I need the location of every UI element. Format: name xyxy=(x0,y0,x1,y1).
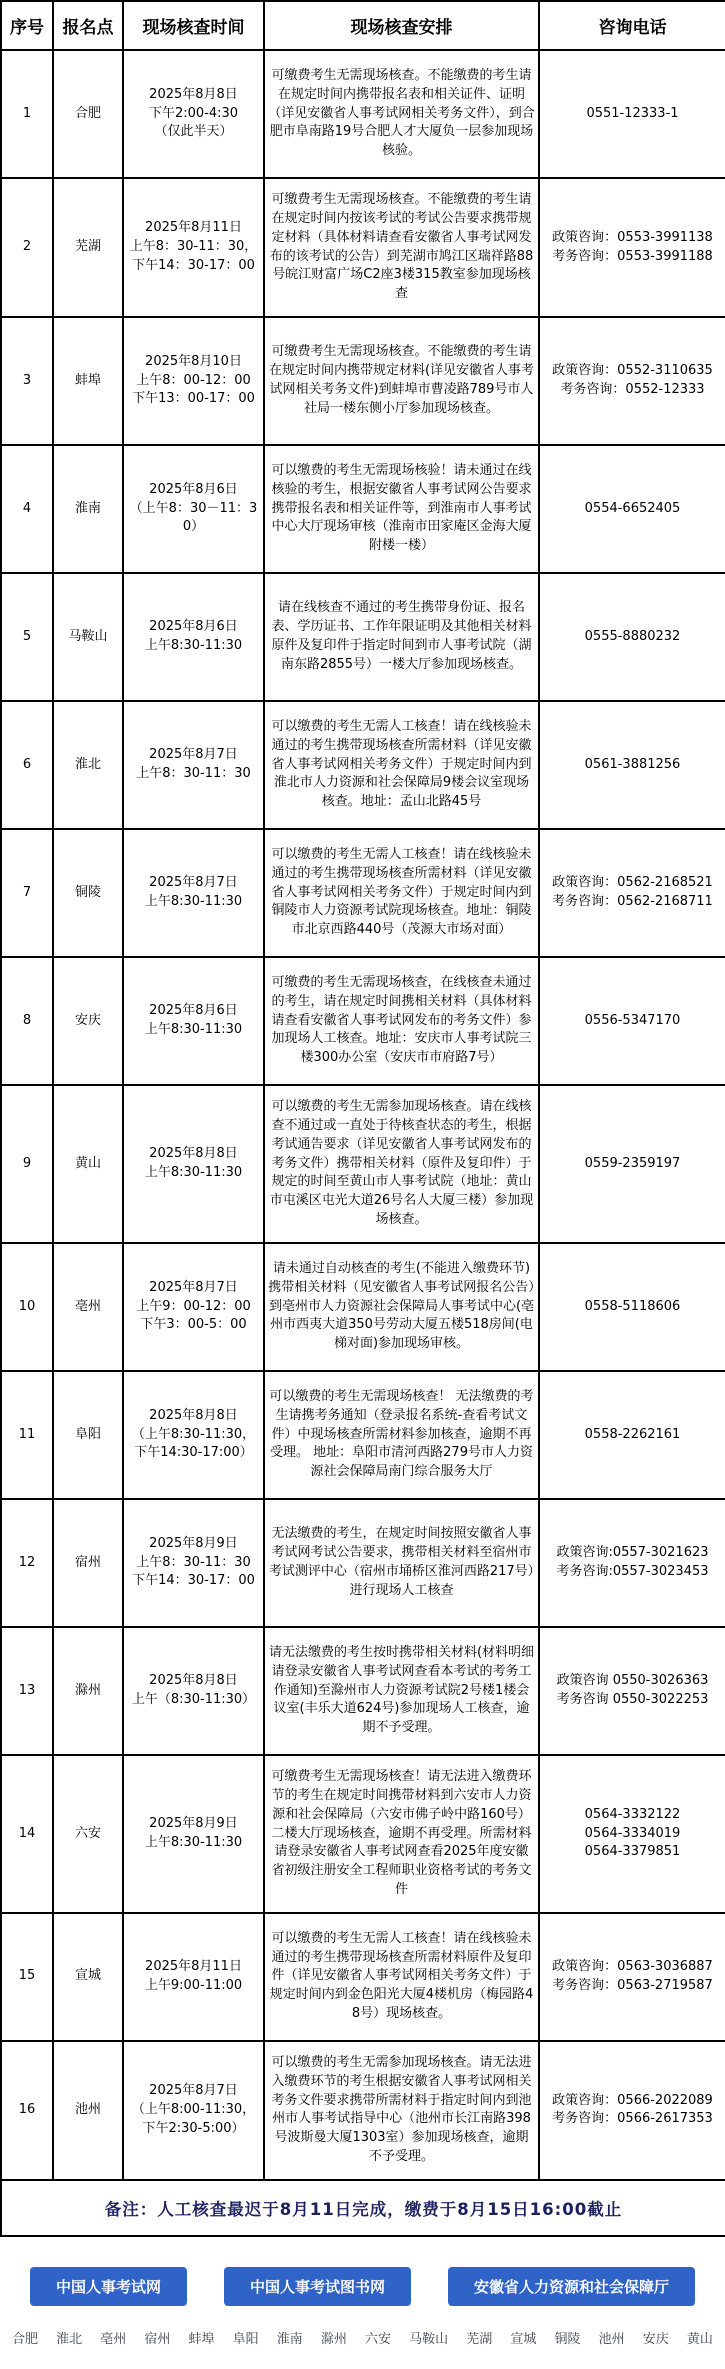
check-time-cell: 2025年8月11日 上午8：30-11：30， 下午14：30-17：00 xyxy=(123,178,264,317)
note-row: 备注：人工核查最迟于8月11日完成，缴费于8月15日16:00截止 xyxy=(1,2180,725,2236)
check-time-cell: 2025年8月8日 上午（8:30-11:30） xyxy=(123,1627,264,1755)
check-arrangement-cell: 可以缴费的考生无需现场核验！请未通过在线核验的考生，根据安徽省人事考试网公告要求… xyxy=(264,445,539,573)
header-registration-site: 报名点 xyxy=(53,1,123,50)
row-serial-number-cell: 5 xyxy=(1,573,53,701)
check-time-cell: 2025年8月7日 上午9：00-12：00 下午3：00-5：00 xyxy=(123,1243,264,1371)
city-link[interactable]: 滁州 xyxy=(321,2328,347,2347)
row-serial-number-cell: 2 xyxy=(1,178,53,317)
check-arrangement-cell: 请在线核查不通过的考生携带身份证、报名表、学历证书、工作年限证明及其他相关材料原… xyxy=(264,573,539,701)
page: 序号 报名点 现场核查时间 现场核查安排 咨询电话 1 合肥 2025年8月8日… xyxy=(0,0,725,2369)
phone-cell: 政策咨询:0557-3021623 考务咨询:0557-3023453 xyxy=(539,1499,725,1627)
header-serial-number: 序号 xyxy=(1,1,53,50)
check-arrangement-cell: 请无法缴费的考生按时携带相关材料(材料明细请登录安徽省人事考试网查看本考试的考务… xyxy=(264,1627,539,1755)
table-row: 7 铜陵 2025年8月7日 上午8:30-11:30 可以缴费的考生无需人工核… xyxy=(1,829,725,957)
registration-site-cell: 铜陵 xyxy=(53,829,123,957)
note-text: 备注：人工核查最迟于8月11日完成，缴费于8月15日16:00截止 xyxy=(1,2180,725,2236)
check-time-cell: 2025年8月11日 上午9:00-11:00 xyxy=(123,1913,264,2041)
footer-buttons: 中国人事考试网 中国人事考试图书网 安徽省人力资源和社会保障厅 xyxy=(0,2237,725,2318)
phone-cell: 0558-2262161 xyxy=(539,1371,725,1499)
phone-cell: 政策咨询：0563-3036887 考务咨询：0563-2719587 xyxy=(539,1913,725,2041)
table-row: 10 亳州 2025年8月7日 上午9：00-12：00 下午3：00-5：00… xyxy=(1,1243,725,1371)
row-serial-number-cell: 9 xyxy=(1,1085,53,1243)
city-link[interactable]: 阜阳 xyxy=(233,2328,259,2347)
phone-cell: 政策咨询：0566-2022089 考务咨询：0566-2617353 xyxy=(539,2041,725,2180)
check-arrangement-cell: 请未通过自动核查的考生(不能进入缴费环节)携带相关材料（见安徽省人事考试网报名公… xyxy=(264,1243,539,1371)
check-arrangement-cell: 可以缴费的考生无需参加现场核查。请无法进入缴费环节的考生根据安徽省人事考试网相关… xyxy=(264,2041,539,2180)
row-serial-number-cell: 11 xyxy=(1,1371,53,1499)
table-header-row: 序号 报名点 现场核查时间 现场核查安排 咨询电话 xyxy=(1,1,725,50)
check-time-cell: 2025年8月8日 （上午8:30-11:30， 下午14:30-17:00） xyxy=(123,1371,264,1499)
phone-cell: 0554-6652405 xyxy=(539,445,725,573)
city-links: 合肥 淮北 亳州 宿州 蚌埠 阜阳 淮南 滁州 六安 马鞍山 芜湖 宣城 铜陵 … xyxy=(0,2318,725,2369)
city-link[interactable]: 淮南 xyxy=(277,2328,303,2347)
check-arrangement-cell: 可以缴费的考生无需现场核查！ 无法缴费的考生请携考务通知（登录报名系统-查看考试… xyxy=(264,1371,539,1499)
nav-button[interactable]: 中国人事考试图书网 xyxy=(224,2267,411,2306)
table-row: 3 蚌埠 2025年8月10日 上午8：00-12：00 下午13：00-17：… xyxy=(1,317,725,445)
registration-site-cell: 宿州 xyxy=(53,1499,123,1627)
check-arrangement-cell: 可缴费考生无需现场核查。不能缴费的考生请在规定时间内携带规定材料(详见安徽省人事… xyxy=(264,317,539,445)
row-serial-number-cell: 3 xyxy=(1,317,53,445)
check-time-cell: 2025年8月6日 （上午8：30－11：30） xyxy=(123,445,264,573)
row-serial-number-cell: 13 xyxy=(1,1627,53,1755)
registration-site-cell: 亳州 xyxy=(53,1243,123,1371)
check-time-cell: 2025年8月9日 上午8：30-11：30 下午14：30-17：00 xyxy=(123,1499,264,1627)
check-arrangement-cell: 可缴费的考生无需现场核查，在线核查未通过的考生，请在规定时间携相关材料（具体材料… xyxy=(264,957,539,1085)
registration-site-cell: 安庆 xyxy=(53,957,123,1085)
row-serial-number-cell: 12 xyxy=(1,1499,53,1627)
table-row: 2 芜湖 2025年8月11日 上午8：30-11：30， 下午14：30-17… xyxy=(1,178,725,317)
city-link[interactable]: 安庆 xyxy=(643,2328,669,2347)
check-time-cell: 2025年8月7日 上午8:30-11:30 xyxy=(123,829,264,957)
verification-table: 序号 报名点 现场核查时间 现场核查安排 咨询电话 1 合肥 2025年8月8日… xyxy=(0,0,725,2237)
header-check-time: 现场核查时间 xyxy=(123,1,264,50)
check-time-cell: 2025年8月8日 下午2:00-4:30 （仅此半天） xyxy=(123,50,264,178)
table-row: 6 淮北 2025年8月7日 上午8：30-11：30 可以缴费的考生无需人工核… xyxy=(1,701,725,829)
table-row: 9 黄山 2025年8月8日 上午8:30-11:30 可以缴费的考生无需参加现… xyxy=(1,1085,725,1243)
table-row: 13 滁州 2025年8月8日 上午（8:30-11:30） 请无法缴费的考生按… xyxy=(1,1627,725,1755)
check-time-cell: 2025年8月7日 上午8：30-11：30 xyxy=(123,701,264,829)
city-link[interactable]: 六安 xyxy=(365,2328,391,2347)
check-arrangement-cell: 可缴费考生无需现场核查。不能缴费的考生请在规定时间内按该考试的考试公告要求携带规… xyxy=(264,178,539,317)
registration-site-cell: 芜湖 xyxy=(53,178,123,317)
city-link[interactable]: 芜湖 xyxy=(466,2328,492,2347)
city-link[interactable]: 宿州 xyxy=(144,2328,170,2347)
registration-site-cell: 淮北 xyxy=(53,701,123,829)
registration-site-cell: 淮南 xyxy=(53,445,123,573)
registration-site-cell: 宣城 xyxy=(53,1913,123,2041)
check-time-cell: 2025年8月8日 上午8:30-11:30 xyxy=(123,1085,264,1243)
row-serial-number-cell: 6 xyxy=(1,701,53,829)
check-time-cell: 2025年8月7日 （上午8:00-11:30， 下午2:30-5:00） xyxy=(123,2041,264,2180)
phone-cell: 0561-3881256 xyxy=(539,701,725,829)
phone-cell: 0555-8880232 xyxy=(539,573,725,701)
check-arrangement-cell: 可以缴费的考生无需人工核查！请在线核验未通过的考生携带现场核查所需材料（详见安徽… xyxy=(264,829,539,957)
phone-cell: 0559-2359197 xyxy=(539,1085,725,1243)
phone-cell: 政策咨询：0562-2168521 考务咨询：0562-2168711 xyxy=(539,829,725,957)
row-serial-number-cell: 15 xyxy=(1,1913,53,2041)
city-link[interactable]: 亳州 xyxy=(100,2328,126,2347)
table-row: 15 宣城 2025年8月11日 上午9:00-11:00 可以缴费的考生无需人… xyxy=(1,1913,725,2041)
city-link[interactable]: 淮北 xyxy=(56,2328,82,2347)
table-row: 4 淮南 2025年8月6日 （上午8：30－11：30） 可以缴费的考生无需现… xyxy=(1,445,725,573)
row-serial-number-cell: 10 xyxy=(1,1243,53,1371)
header-check-arrangement: 现场核查安排 xyxy=(264,1,539,50)
phone-cell: 0551-12333-1 xyxy=(539,50,725,178)
phone-cell: 0558-5118606 xyxy=(539,1243,725,1371)
city-link[interactable]: 黄山 xyxy=(687,2328,713,2347)
city-link[interactable]: 池州 xyxy=(599,2328,625,2347)
row-serial-number-cell: 8 xyxy=(1,957,53,1085)
table-row: 16 池州 2025年8月7日 （上午8:00-11:30， 下午2:30-5:… xyxy=(1,2041,725,2180)
phone-cell: 0564-3332122 0564-3334019 0564-3379851 xyxy=(539,1755,725,1913)
city-link[interactable]: 合肥 xyxy=(12,2328,38,2347)
phone-cell: 政策咨询 0550-3026363 考务咨询 0550-3022253 xyxy=(539,1627,725,1755)
check-arrangement-cell: 无法缴费的考生，在规定时间按照安徽省人事考试网考试公告要求，携带相关材料至宿州市… xyxy=(264,1499,539,1627)
check-arrangement-cell: 可缴费考生无需现场核查。不能缴费的考生请在规定时间内携带报名表和相关证件、证明（… xyxy=(264,50,539,178)
table-row: 12 宿州 2025年8月9日 上午8：30-11：30 下午14：30-17：… xyxy=(1,1499,725,1627)
row-serial-number-cell: 4 xyxy=(1,445,53,573)
table-row: 1 合肥 2025年8月8日 下午2:00-4:30 （仅此半天） 可缴费考生无… xyxy=(1,50,725,178)
check-arrangement-cell: 可以缴费的考生无需人工核查！请在线核验未通过的考生携带现场核查所需材料（详见安徽… xyxy=(264,701,539,829)
row-serial-number-cell: 7 xyxy=(1,829,53,957)
city-link[interactable]: 铜陵 xyxy=(555,2328,581,2347)
registration-site-cell: 滁州 xyxy=(53,1627,123,1755)
table-row: 5 马鞍山 2025年8月6日 上午8:30-11:30 请在线核查不通过的考生… xyxy=(1,573,725,701)
check-time-cell: 2025年8月9日 上午8:30-11:30 xyxy=(123,1755,264,1913)
city-link[interactable]: 马鞍山 xyxy=(409,2328,448,2347)
check-arrangement-cell: 可以缴费的考生无需人工核查！请在线核验未通过的考生携带现场核查所需材料原件及复印… xyxy=(264,1913,539,2041)
check-time-cell: 2025年8月10日 上午8：00-12：00 下午13：00-17：00 xyxy=(123,317,264,445)
nav-button[interactable]: 中国人事考试网 xyxy=(30,2267,187,2306)
check-time-cell: 2025年8月6日 上午8:30-11:30 xyxy=(123,573,264,701)
check-arrangement-cell: 可以缴费的考生无需参加现场核查。请在线核查不通过或一直处于待核查状态的考生，根据… xyxy=(264,1085,539,1243)
row-serial-number-cell: 16 xyxy=(1,2041,53,2180)
phone-cell: 0556-5347170 xyxy=(539,957,725,1085)
table-row: 11 阜阳 2025年8月8日 （上午8:30-11:30， 下午14:30-1… xyxy=(1,1371,725,1499)
table-row: 8 安庆 2025年8月6日 上午8:30-11:30 可缴费的考生无需现场核查… xyxy=(1,957,725,1085)
check-time-cell: 2025年8月6日 上午8:30-11:30 xyxy=(123,957,264,1085)
registration-site-cell: 黄山 xyxy=(53,1085,123,1243)
city-link[interactable]: 宣城 xyxy=(510,2328,536,2347)
city-link[interactable]: 蚌埠 xyxy=(189,2328,215,2347)
header-phone: 咨询电话 xyxy=(539,1,725,50)
row-serial-number-cell: 1 xyxy=(1,50,53,178)
registration-site-cell: 马鞍山 xyxy=(53,573,123,701)
nav-button[interactable]: 安徽省人力资源和社会保障厅 xyxy=(448,2267,695,2306)
registration-site-cell: 阜阳 xyxy=(53,1371,123,1499)
registration-site-cell: 池州 xyxy=(53,2041,123,2180)
row-serial-number-cell: 14 xyxy=(1,1755,53,1913)
registration-site-cell: 六安 xyxy=(53,1755,123,1913)
phone-cell: 政策咨询：0553-3991138 考务咨询：0553-3991188 xyxy=(539,178,725,317)
registration-site-cell: 蚌埠 xyxy=(53,317,123,445)
check-arrangement-cell: 可缴费考生无需现场核查！请无法进入缴费环节的考生在规定时间携带材料到六安市人力资… xyxy=(264,1755,539,1913)
registration-site-cell: 合肥 xyxy=(53,50,123,178)
table-row: 14 六安 2025年8月9日 上午8:30-11:30 可缴费考生无需现场核查… xyxy=(1,1755,725,1913)
phone-cell: 政策咨询：0552-3110635 考务咨询：0552-12333 xyxy=(539,317,725,445)
